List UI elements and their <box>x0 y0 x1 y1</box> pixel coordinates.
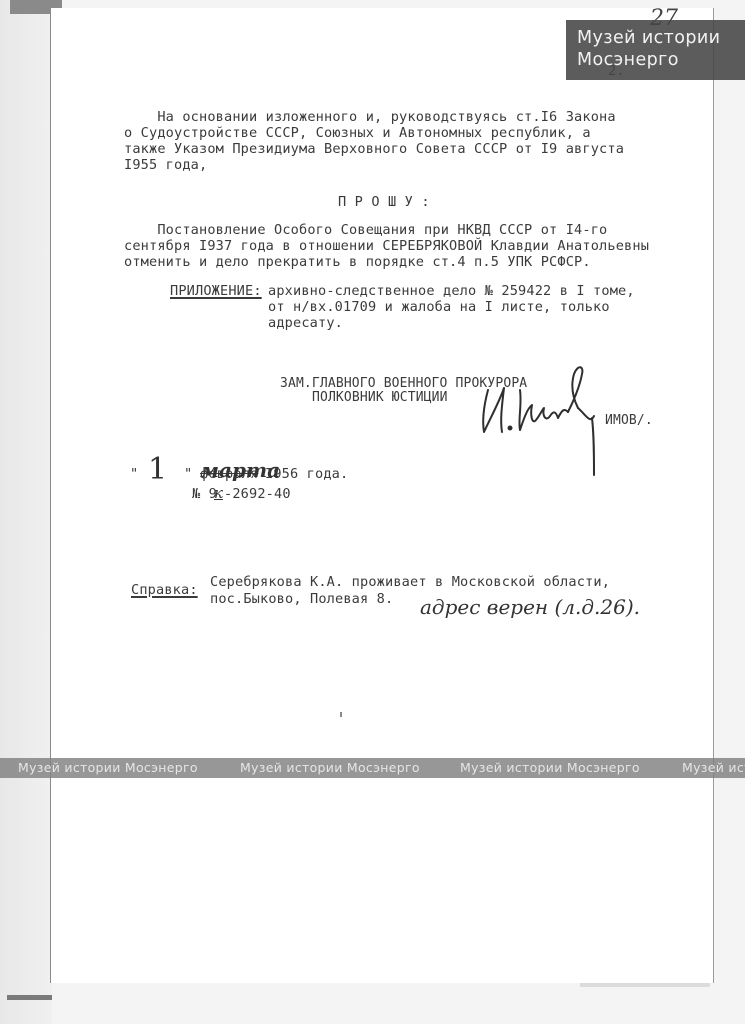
paragraph-line: также Указом Президиума Верховного Совет… <box>124 142 624 157</box>
watermark-band-text: Музей истории Мосэнерго <box>460 760 640 775</box>
handwritten-signature <box>470 360 610 480</box>
document-number-suffix: -2692-40 <box>224 487 291 502</box>
paragraph-line: сентября I937 года в отношении СЕРЕБРЯКО… <box>124 239 649 254</box>
attachment-line: архивно-следственное дело № 259422 в I т… <box>268 284 635 299</box>
watermark-line: Музей истории <box>577 27 745 49</box>
date-year: I956 года. <box>265 467 348 482</box>
attachment-label: ПРИЛОЖЕНИЕ: <box>170 284 262 299</box>
attachment-line: адресату. <box>268 316 343 331</box>
date-quote-open: " <box>130 467 138 482</box>
underlying-sheet <box>0 0 52 1024</box>
stray-mark <box>340 712 342 717</box>
watermark-band-text: Музей истории Мосэнерго <box>240 760 420 775</box>
watermark-line: Мосэнерго <box>577 49 745 71</box>
scan-shadow-bottom <box>7 995 52 1000</box>
paragraph-line: отменить и дело прекратить в порядке ст.… <box>124 255 591 270</box>
note-label: Справка: <box>131 583 198 598</box>
watermark-band-text: Музей ист <box>682 760 745 775</box>
note-line: Серебрякова К.А. проживает в Московской … <box>210 575 610 590</box>
paragraph-line: о Судоустройстве СССР, Союзных и Автоном… <box>124 126 591 141</box>
museum-watermark-band: Музей истории Мосэнерго Музей истории Мо… <box>0 758 745 778</box>
attachment-line: от н/вх.01709 и жалоба на I листе, тольк… <box>268 300 610 315</box>
date-quote-close: " <box>184 467 192 482</box>
watermark-band-text: Музей истории Мосэнерго <box>18 760 198 775</box>
paragraph-line: I955 года, <box>124 158 207 173</box>
request-heading: П Р О Ш У : <box>338 195 430 210</box>
signatory-name: ИМОВ/. <box>605 413 653 428</box>
paragraph-line: На основании изложенного и, руководствуя… <box>124 110 616 125</box>
handwritten-note-addition: адрес верен (л.д.26). <box>420 595 640 619</box>
museum-watermark-corner: Музей истории Мосэнерго <box>566 20 745 80</box>
note-line: пос.Быково, Полевая 8. <box>210 592 393 607</box>
paragraph-line: Постановление Особого Совещания при НКВД… <box>124 223 607 238</box>
handwritten-day: 1 <box>148 452 167 487</box>
page-bottom-edge <box>580 983 710 987</box>
document-number-handwritten-letter: к <box>214 484 223 502</box>
signatory-rank: ПОЛКОВНИК ЮСТИЦИИ <box>312 390 448 405</box>
